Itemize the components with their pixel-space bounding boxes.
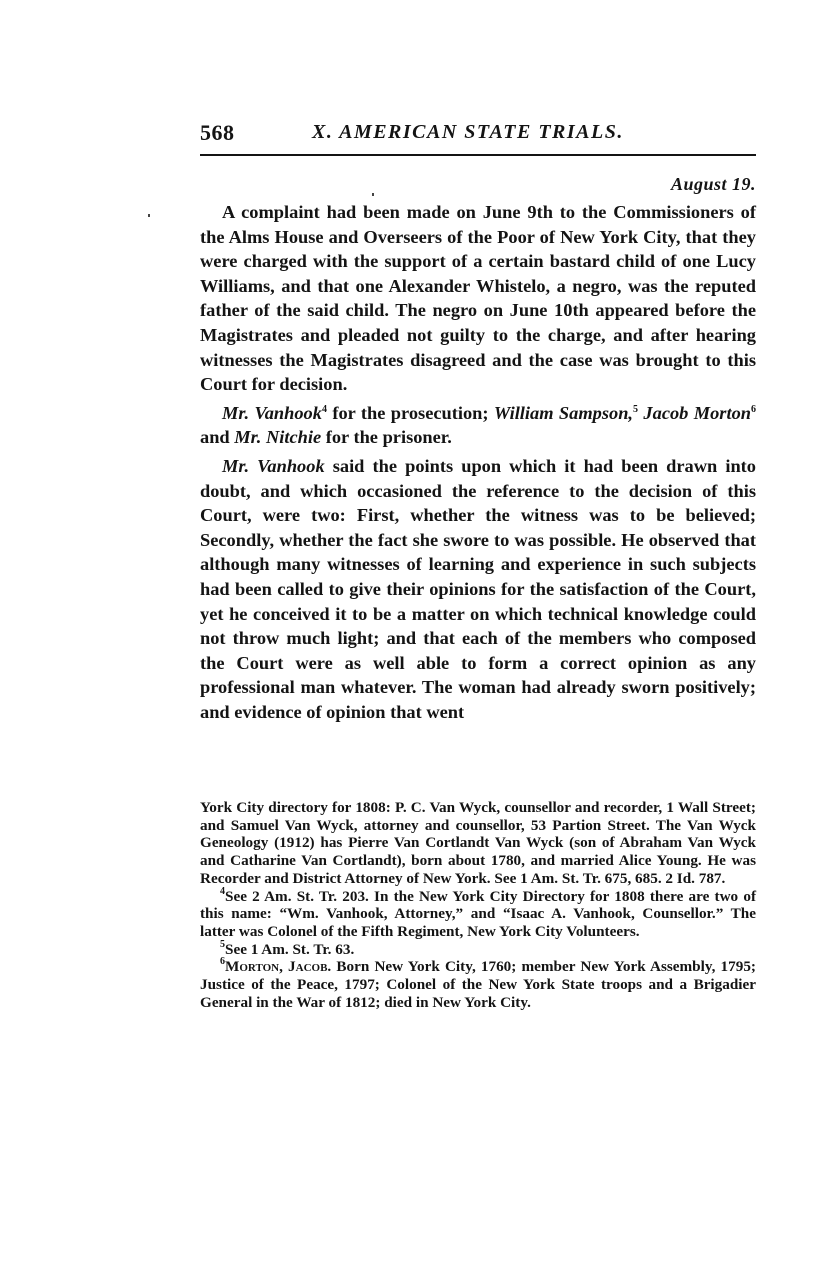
paragraph-complaint: A complaint had been made on June 9th to… — [200, 200, 756, 397]
book-page: 568 X. AMERICAN STATE TRIALS. August 19.… — [0, 0, 836, 1284]
dateline: August 19. — [671, 174, 756, 195]
stray-mark — [148, 214, 150, 217]
page-number: 568 — [200, 120, 235, 146]
running-title: X. AMERICAN STATE TRIALS. — [312, 121, 624, 144]
paragraph-argument: Mr. Vanhook said the points upon which i… — [200, 454, 756, 725]
running-head: 568 X. AMERICAN STATE TRIALS. — [200, 120, 756, 150]
footnote-5: 5See 1 Am. St. Tr. 63. — [200, 941, 756, 959]
counsel-name-morton: Jacob Morton — [643, 403, 751, 423]
footnote-continued: York City directory for 1808: P. C. Van … — [200, 799, 756, 888]
counsel-name-sampson: William Sampson, — [494, 403, 633, 423]
counsel-name-nitchie: Mr. Nitchie — [234, 427, 321, 447]
footnote-4: 4See 2 Am. St. Tr. 203. In the New York … — [200, 888, 756, 941]
body-text: A complaint had been made on June 9th to… — [200, 200, 756, 724]
speaker-name: Mr. Vanhook — [222, 456, 325, 476]
footnote-ref-6: 6 — [751, 404, 756, 415]
counsel-name-vanhook: Mr. Vanhook — [222, 403, 322, 423]
footnote-subject-name: Morton, Jacob. — [225, 958, 331, 975]
footnote-6: 6Morton, Jacob. Born New York City, 1760… — [200, 958, 756, 1011]
header-rule — [200, 154, 756, 156]
footnotes: York City directory for 1808: P. C. Van … — [200, 799, 756, 1011]
stray-mark — [372, 193, 374, 196]
paragraph-counsel: Mr. Vanhook4 for the prosecution; Willia… — [200, 401, 756, 450]
